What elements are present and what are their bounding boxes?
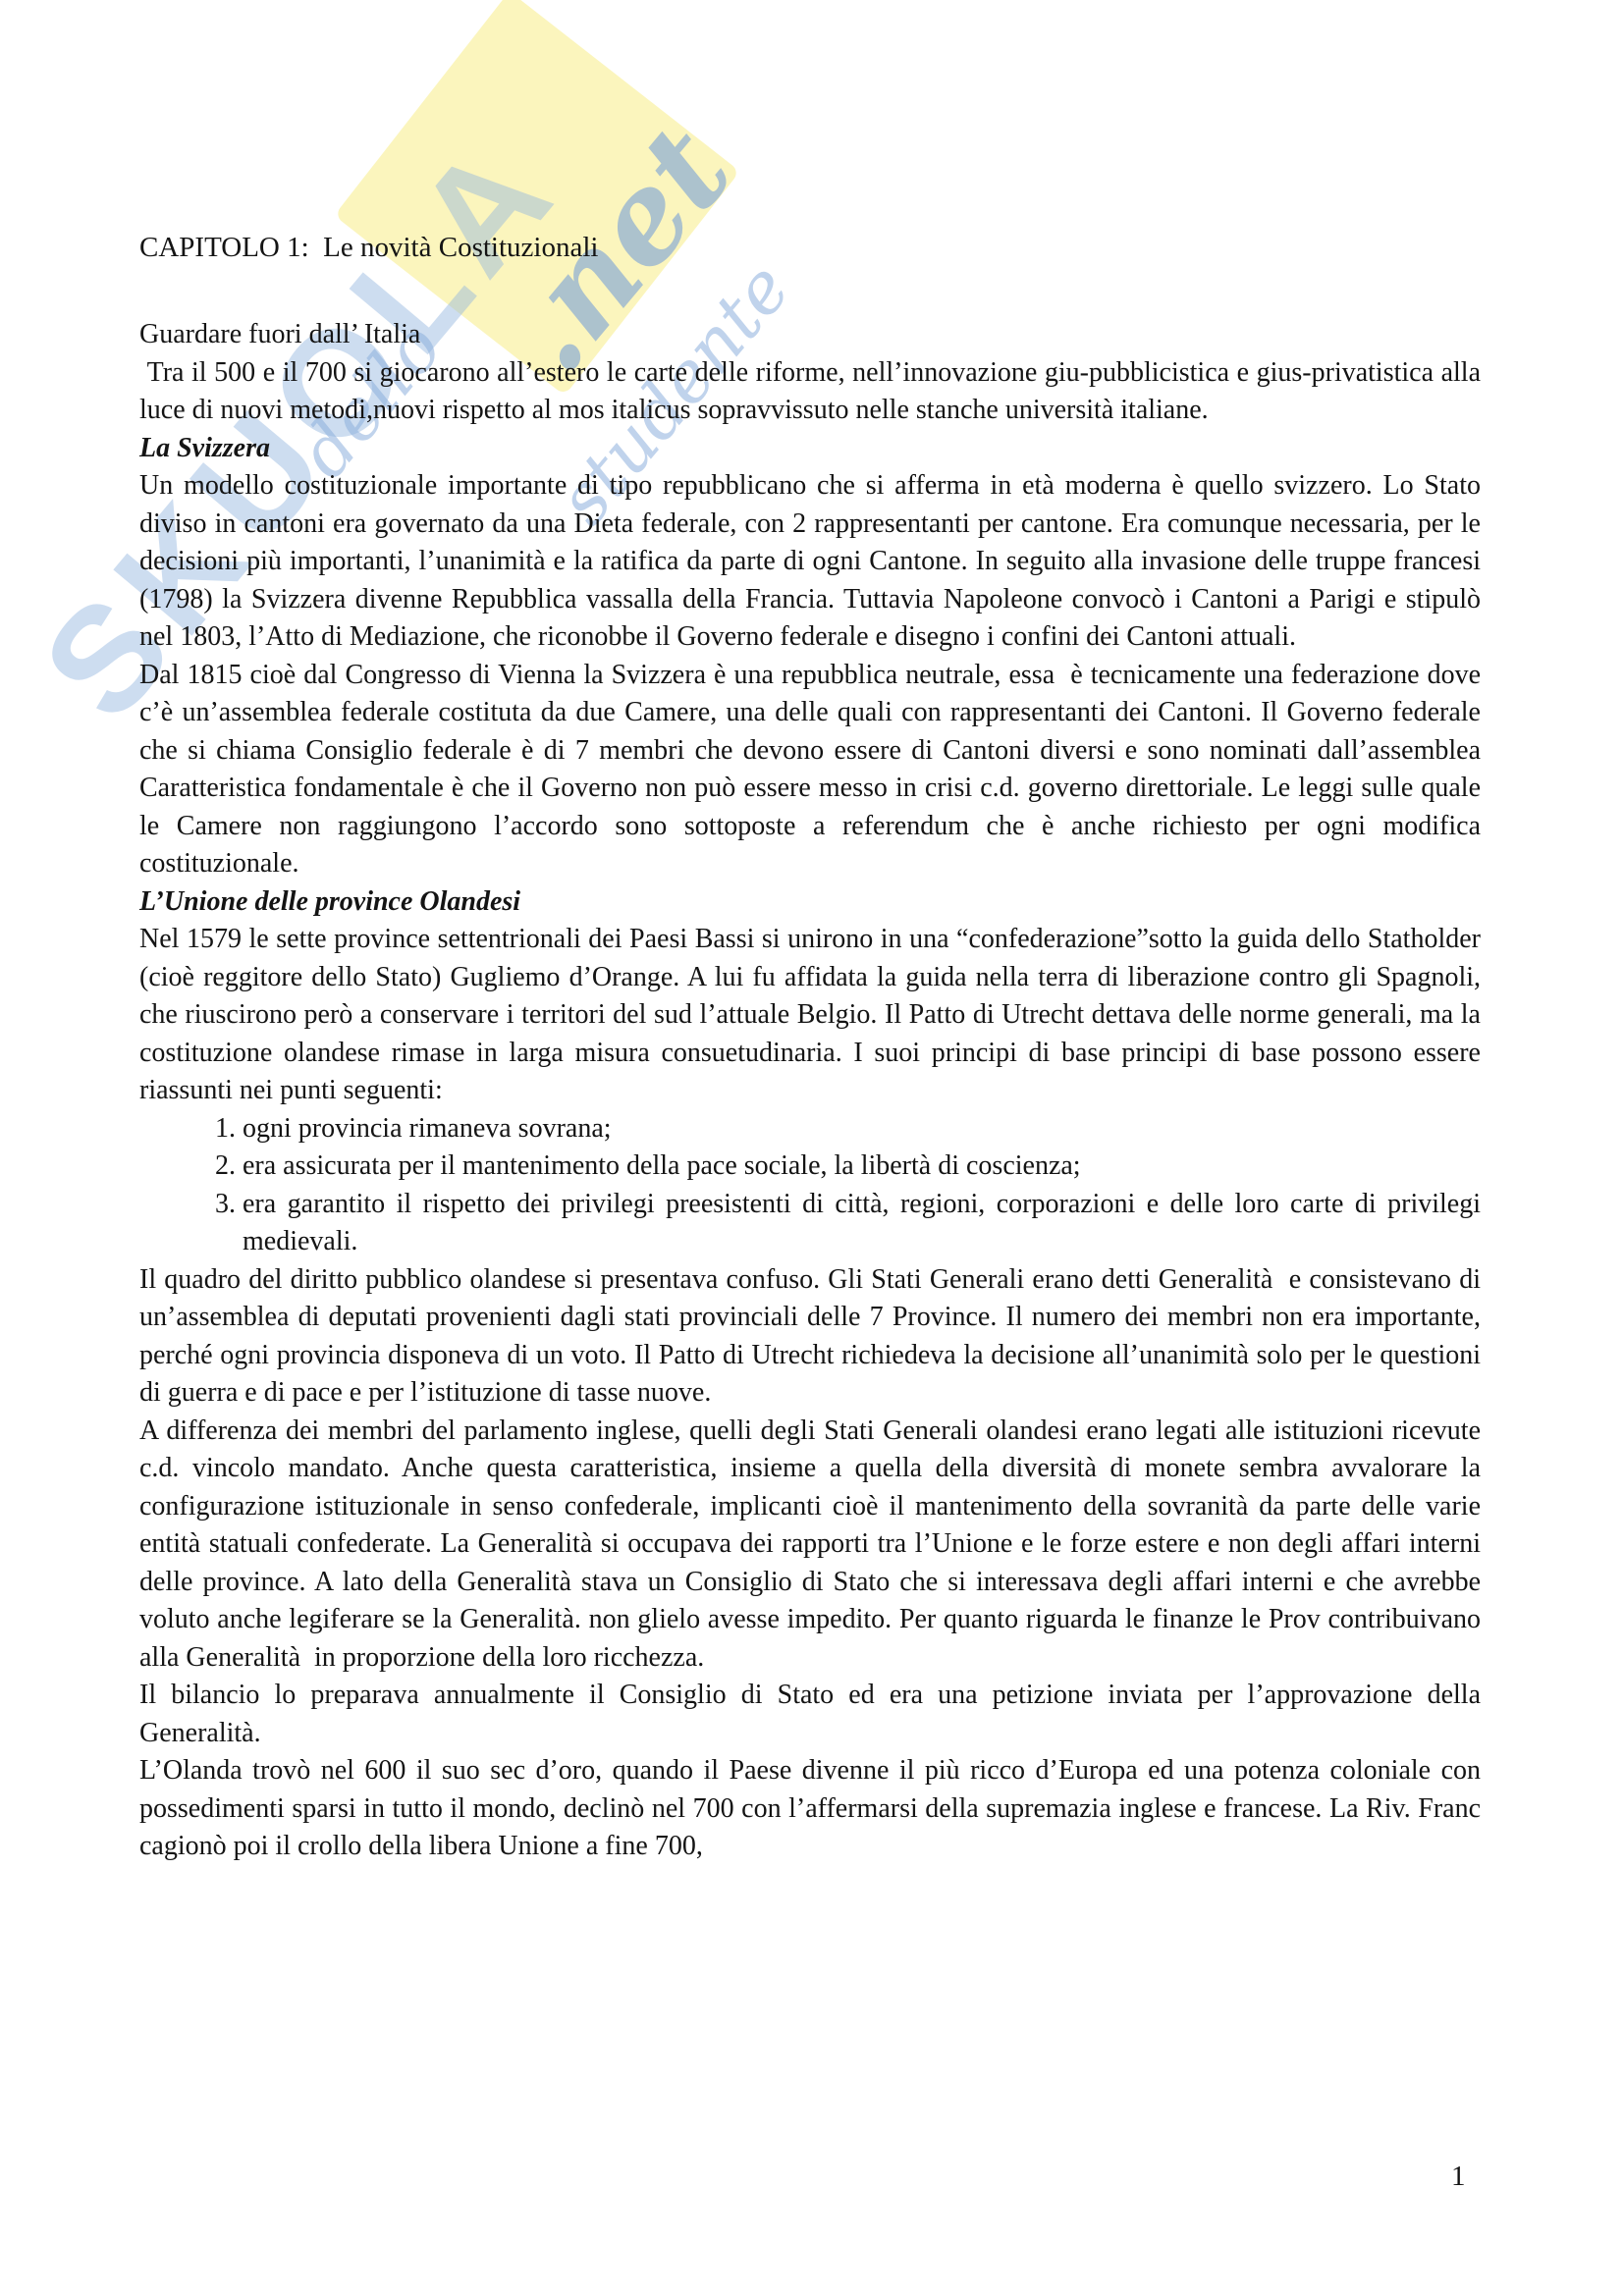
- page-number: 1: [1451, 2158, 1466, 2196]
- title-spacer: [139, 267, 1481, 316]
- intro-line: Guardare fuori dall’ Italia: [139, 316, 1481, 354]
- section-heading-svizzera: La Svizzera: [139, 430, 1481, 468]
- paragraph-olanda-5: L’Olanda trovò nel 600 il suo sec d’oro,…: [139, 1752, 1481, 1866]
- list-item-3: era garantito il rispetto dei privilegi …: [243, 1186, 1481, 1261]
- list-item-1: ogni provincia rimaneva sovrana;: [243, 1110, 1481, 1148]
- list-item-2: era assicurata per il mantenimento della…: [243, 1148, 1481, 1186]
- paragraph-olanda-2: Il quadro del diritto pubblico olandese …: [139, 1261, 1481, 1413]
- paragraph-olanda-4: Il bilancio lo preparava annualmente il …: [139, 1677, 1481, 1752]
- paragraph-svizzera-1: Un modello costituzionale importante di …: [139, 467, 1481, 657]
- chapter-title: CAPITOLO 1: Le novità Costituzionali: [139, 228, 1481, 267]
- paragraph-olanda-1: Nel 1579 le sette province settentrional…: [139, 921, 1481, 1110]
- paragraph-intro: Tra il 500 e il 700 si giocarono all’est…: [139, 354, 1481, 430]
- principles-ordered-list: ogni provincia rimaneva sovrana; era ass…: [139, 1110, 1481, 1261]
- section-heading-olanda: L’Unione delle province Olandesi: [139, 883, 1481, 922]
- document-body: CAPITOLO 1: Le novità Costituzionali Gua…: [139, 228, 1481, 1866]
- paragraph-olanda-3: A differenza dei membri del parlamento i…: [139, 1413, 1481, 1678]
- paragraph-svizzera-2: Dal 1815 cioè dal Congresso di Vienna la…: [139, 657, 1481, 883]
- document-page: SKUOLA .net dello studente CAPITOLO 1: L…: [0, 0, 1623, 2296]
